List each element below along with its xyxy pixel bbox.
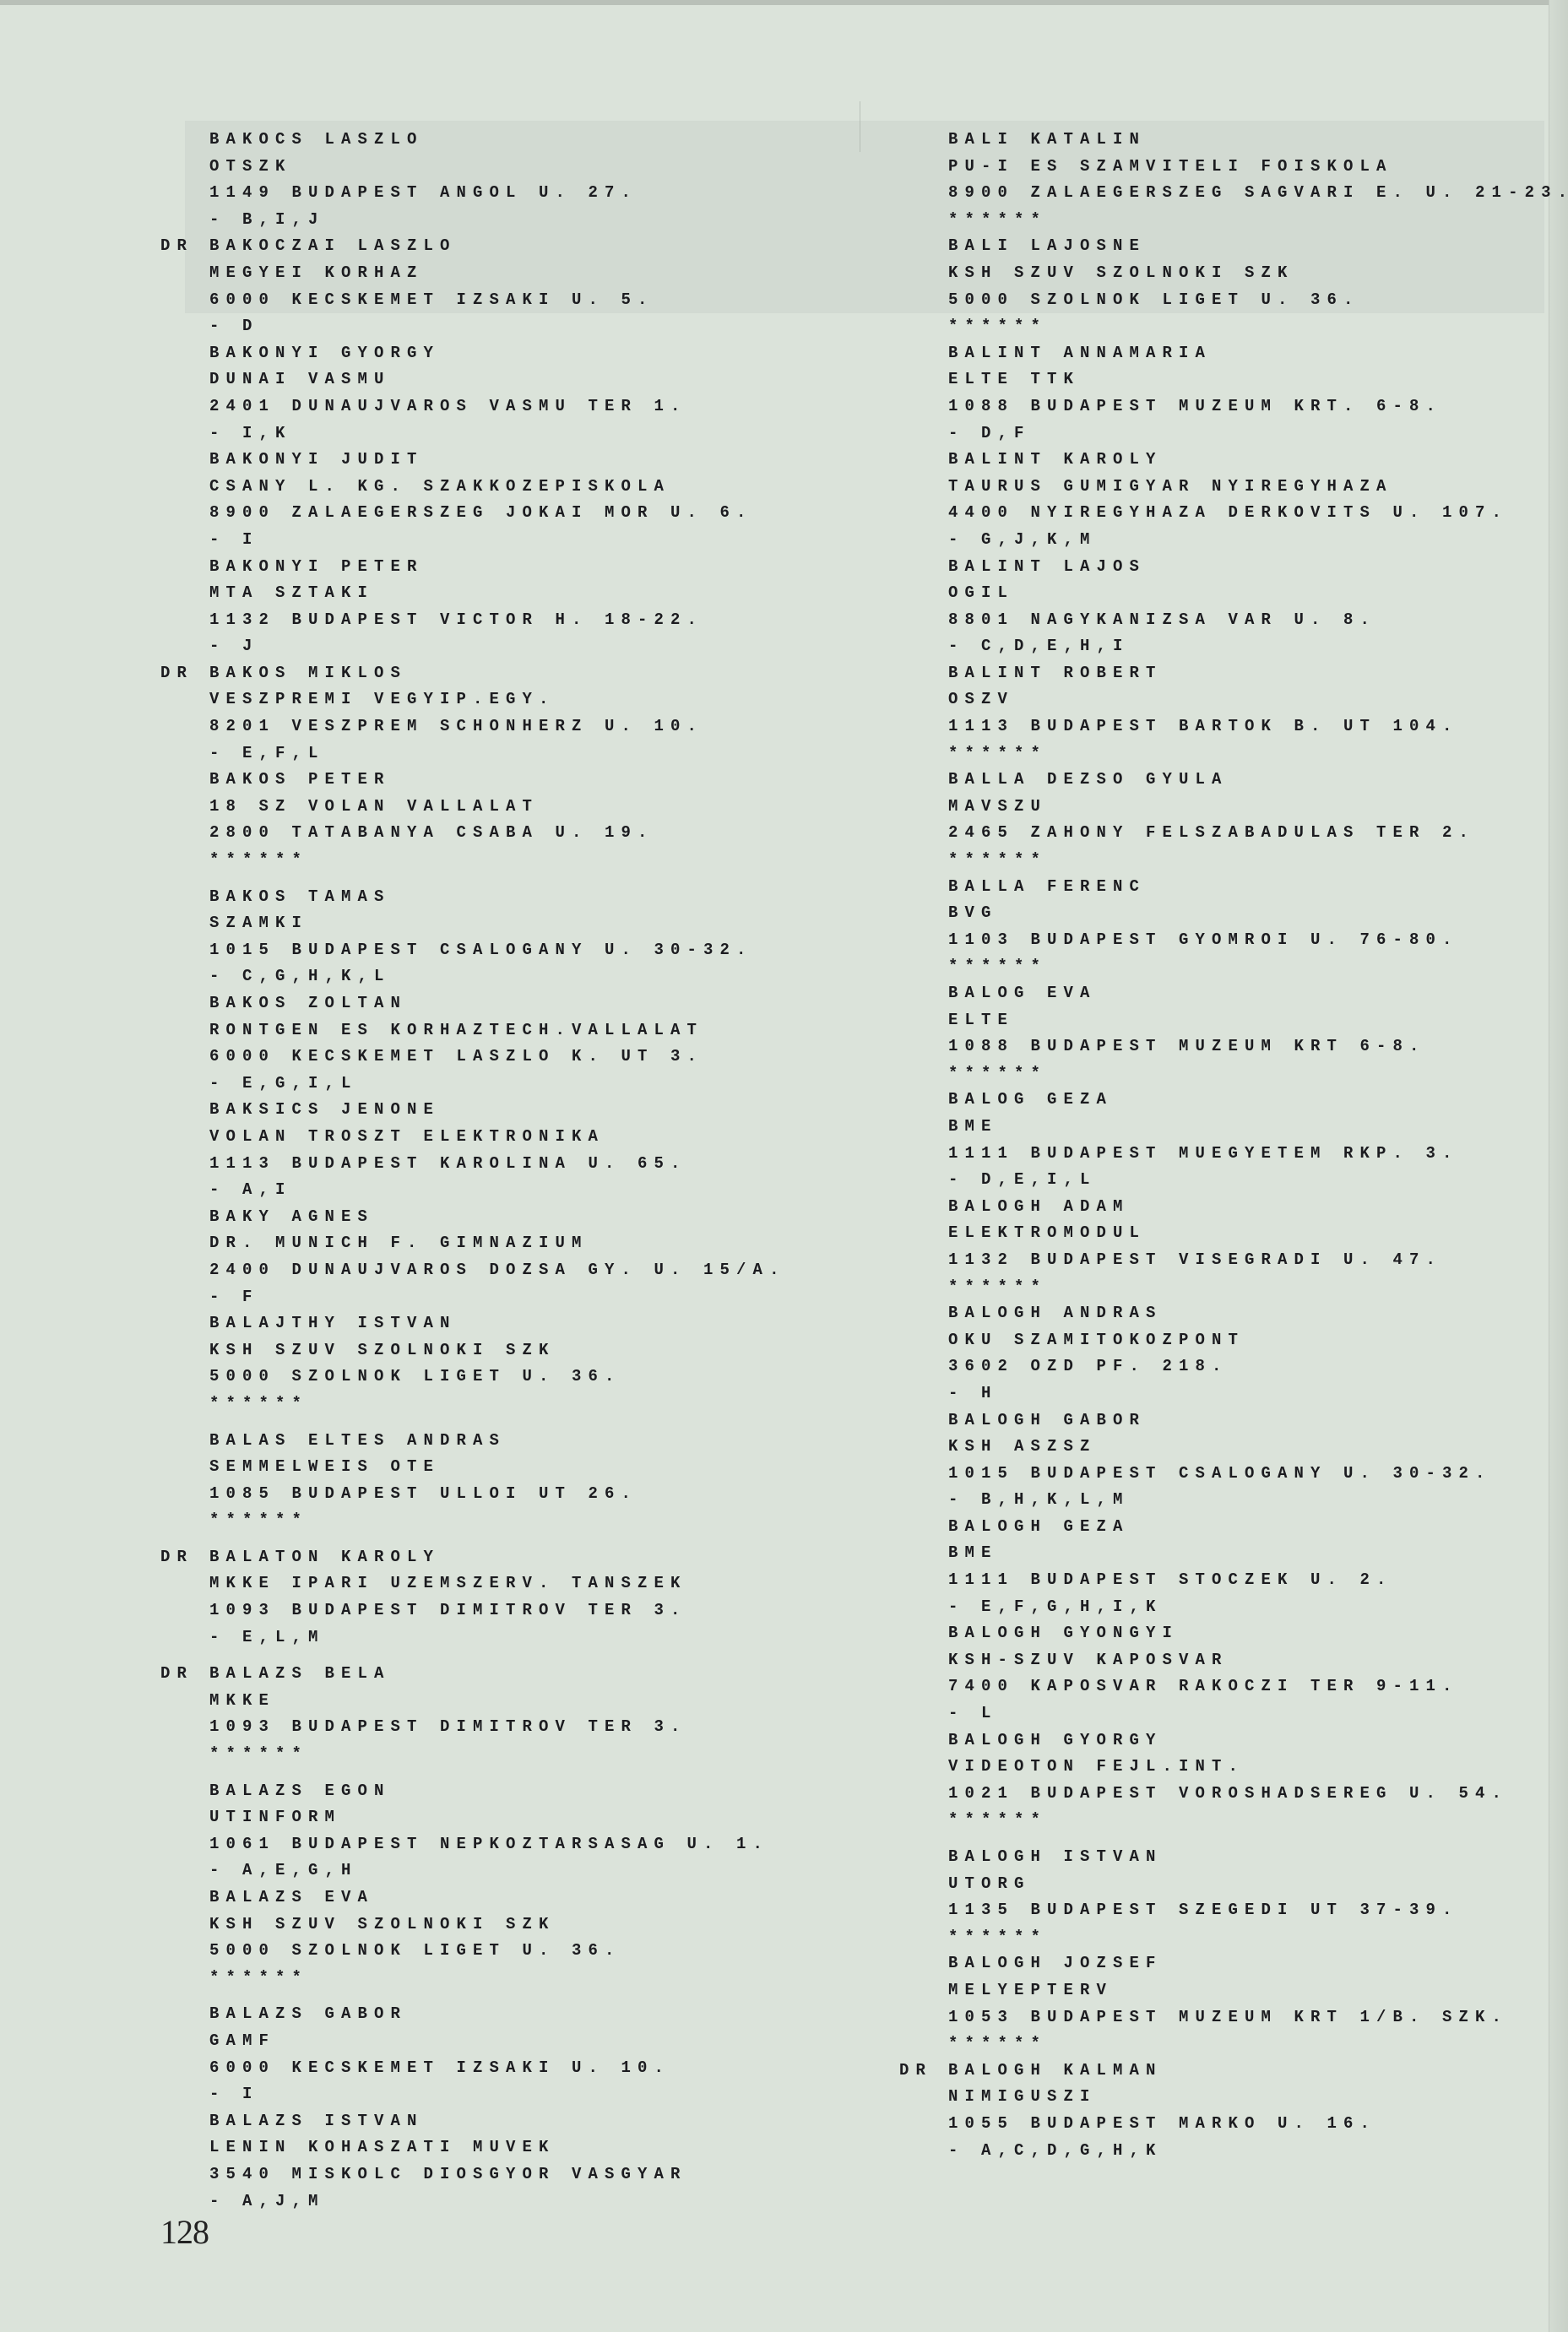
organization: UTORG — [899, 1871, 1568, 1898]
category-codes: - I,K — [160, 420, 786, 447]
entry-name-line: BAKONYI PETER — [160, 554, 786, 581]
entry-gap — [160, 1534, 786, 1544]
person-name: BALOGH GYORGY — [948, 1731, 1163, 1749]
person-name: BALLA DEZSO GYULA — [948, 770, 1229, 789]
entry-name-line: DRBAKOCZAI LASZLO — [160, 233, 786, 260]
entry-name-line: BAKONYI GYORGY — [160, 340, 786, 367]
person-name: BAKONYI JUDIT — [209, 450, 424, 469]
entry-name-line: DRBALATON KAROLY — [160, 1544, 786, 1571]
entry-name-line: BALAZS EVA — [160, 1885, 786, 1912]
entry-name-line: BALOGH GYORGY — [899, 1727, 1568, 1754]
directory-entry: BALOG GEZABME1111 BUDAPEST MUEGYETEM RKP… — [899, 1087, 1568, 1193]
person-name: BALINT KAROLY — [948, 450, 1163, 469]
directory-entry: BALI KATALINPU-I ES SZAMVITELI FOISKOLA8… — [899, 127, 1568, 233]
category-codes: - A,I — [160, 1177, 786, 1204]
address: 1113 BUDAPEST KAROLINA U. 65. — [160, 1151, 786, 1178]
organization: VIDEOTON FEJL.INT. — [899, 1754, 1568, 1781]
organization: MKKE IPARI UZEMSZERV. TANSZEK — [160, 1570, 786, 1597]
title-prefix: DR — [160, 1661, 209, 1688]
address: 1088 BUDAPEST MUZEUM KRT 6-8. — [899, 1033, 1568, 1060]
entry-name-line: BALOG EVA — [899, 980, 1568, 1007]
organization: KSH SZUV SZOLNOKI SZK — [160, 1337, 786, 1364]
person-name: BALOGH GABOR — [948, 1411, 1146, 1429]
address: 6000 KECSKEMET IZSAKI U. 10. — [160, 2055, 786, 2082]
directory-entry: BALLA FERENCBVG1103 BUDAPEST GYOMROI U. … — [899, 874, 1568, 980]
entry-name-line: BALOGH ANDRAS — [899, 1300, 1568, 1327]
entry-gap — [160, 1418, 786, 1428]
organization: OGIL — [899, 580, 1568, 607]
entry-name-line: BALLA DEZSO GYULA — [899, 767, 1568, 794]
address: 2401 DUNAUJVAROS VASMU TER 1. — [160, 393, 786, 420]
address: 1088 BUDAPEST MUZEUM KRT. 6-8. — [899, 393, 1568, 420]
category-codes: ****** — [899, 953, 1568, 980]
directory-entry: BALINT ROBERTOSZV1113 BUDAPEST BARTOK B.… — [899, 660, 1568, 767]
organization: KSH-SZUV KAPOSVAR — [899, 1647, 1568, 1674]
address: 3602 OZD PF. 218. — [899, 1353, 1568, 1380]
entry-name-line: BALINT ROBERT — [899, 660, 1568, 687]
organization: OKU SZAMITOKOZPONT — [899, 1327, 1568, 1354]
category-codes: ****** — [160, 1391, 786, 1418]
title-prefix: DR — [160, 233, 209, 260]
entry-name-line: BAKSICS JENONE — [160, 1097, 786, 1124]
entry-name-line: BALI LAJOSNE — [899, 233, 1568, 260]
organization: 18 SZ VOLAN VALLALAT — [160, 794, 786, 821]
person-name: BAKY AGNES — [209, 1207, 374, 1226]
entry-name-line: BAKY AGNES — [160, 1204, 786, 1231]
person-name: BAKOS ZOLTAN — [209, 994, 407, 1012]
address: 1111 BUDAPEST MUEGYETEM RKP. 3. — [899, 1141, 1568, 1168]
person-name: BALAZS EVA — [209, 1888, 374, 1906]
organization: NIMIGUSZI — [899, 2084, 1568, 2111]
directory-entry: BAKOS TAMASSZAMKI1015 BUDAPEST CSALOGANY… — [160, 884, 786, 990]
title-prefix: DR — [160, 660, 209, 687]
category-codes: - H — [899, 1380, 1568, 1407]
entry-gap — [160, 874, 786, 884]
title-prefix: DR — [160, 1544, 209, 1571]
organization: VOLAN TROSZT ELEKTRONIKA — [160, 1124, 786, 1151]
directory-entry: BAKY AGNESDR. MUNICH F. GIMNAZIUM2400 DU… — [160, 1204, 786, 1310]
person-name: BALAZS GABOR — [209, 2004, 407, 2023]
directory-entry: BALOGH GYONGYIKSH-SZUV KAPOSVAR7400 KAPO… — [899, 1620, 1568, 1727]
person-name: BALI LAJOSNE — [948, 236, 1146, 255]
person-name: BALOGH GYONGYI — [948, 1624, 1179, 1642]
category-codes: - I — [160, 2081, 786, 2108]
category-codes: ****** — [899, 1807, 1568, 1834]
directory-entry: BALAZS GABORGAMF6000 KECSKEMET IZSAKI U.… — [160, 2001, 786, 2107]
entry-name-line: BALOGH ADAM — [899, 1194, 1568, 1221]
organization: DR. MUNICH F. GIMNAZIUM — [160, 1230, 786, 1257]
category-codes: - E,F,L — [160, 740, 786, 767]
directory-entry: BALAZS ISTVANLENIN KOHASZATI MUVEK3540 M… — [160, 2108, 786, 2215]
entry-gap — [160, 1768, 786, 1778]
address: 1021 BUDAPEST VOROSHADSEREG U. 54. — [899, 1781, 1568, 1808]
category-codes: ****** — [899, 1924, 1568, 1951]
entry-name-line: BALINT LAJOS — [899, 554, 1568, 581]
directory-entry: BAKOS ZOLTANRONTGEN ES KORHAZTECH.VALLAL… — [160, 990, 786, 1097]
organization: OSZV — [899, 686, 1568, 713]
directory-entry: BALOGH JOZSEFMELYEPTERV1053 BUDAPEST MUZ… — [899, 1950, 1568, 2057]
category-codes: - E,G,I,L — [160, 1071, 786, 1098]
category-codes: ****** — [160, 1965, 786, 1992]
entry-name-line: BALOGH JOZSEF — [899, 1950, 1568, 1977]
organization: ELTE TTK — [899, 366, 1568, 393]
entry-name-line: BALOGH GYONGYI — [899, 1620, 1568, 1647]
organization: MKKE — [160, 1688, 786, 1715]
organization: KSH SZUV SZOLNOKI SZK — [899, 260, 1568, 287]
category-codes: - G,J,K,M — [899, 527, 1568, 554]
directory-entry: BALINT ANNAMARIAELTE TTK1088 BUDAPEST MU… — [899, 340, 1568, 447]
address: 1053 BUDAPEST MUZEUM KRT 1/B. SZK. — [899, 2004, 1568, 2031]
person-name: BALINT LAJOS — [948, 557, 1146, 576]
address: 6000 KECSKEMET LASZLO K. UT 3. — [160, 1044, 786, 1071]
person-name: BALAZS ISTVAN — [209, 2112, 424, 2130]
category-codes: - A,J,M — [160, 2188, 786, 2215]
address: 7400 KAPOSVAR RAKOCZI TER 9-11. — [899, 1673, 1568, 1700]
organization: GAMF — [160, 2028, 786, 2055]
person-name: BALOGH GEZA — [948, 1517, 1130, 1536]
entry-name-line: BALOG GEZA — [899, 1087, 1568, 1114]
entry-name-line: BALINT ANNAMARIA — [899, 340, 1568, 367]
title-prefix: DR — [899, 2058, 948, 2085]
category-codes: - I — [160, 527, 786, 554]
person-name: BAKONYI PETER — [209, 557, 424, 576]
address: 5000 SZOLNOK LIGET U. 36. — [160, 1364, 786, 1391]
address: 5000 SZOLNOK LIGET U. 36. — [899, 287, 1568, 314]
directory-entry: BALAZS EGONUTINFORM1061 BUDAPEST NEPKOZT… — [160, 1778, 786, 1885]
page-number: 128 — [160, 2212, 209, 2252]
directory-entry: DRBALAZS BELAMKKE1093 BUDAPEST DIMITROV … — [160, 1661, 786, 1777]
organization: SZAMKI — [160, 910, 786, 937]
organization: KSH SZUV SZOLNOKI SZK — [160, 1912, 786, 1939]
person-name: BALOGH ANDRAS — [948, 1304, 1163, 1322]
address: 3540 MISKOLC DIOSGYOR VASGYAR — [160, 2161, 786, 2188]
category-codes: - B,H,K,L,M — [899, 1487, 1568, 1514]
organization: ELEKTROMODUL — [899, 1220, 1568, 1247]
address: 2800 TATABANYA CSABA U. 19. — [160, 820, 786, 847]
entry-name-line: BALINT KAROLY — [899, 447, 1568, 474]
organization: RONTGEN ES KORHAZTECH.VALLALAT — [160, 1017, 786, 1044]
directory-entry: BALAS ELTES ANDRASSEMMELWEIS OTE1085 BUD… — [160, 1428, 786, 1544]
category-codes: - B,I,J — [160, 207, 786, 234]
person-name: BAKSICS JENONE — [209, 1100, 440, 1119]
address: 1111 BUDAPEST STOCZEK U. 2. — [899, 1567, 1568, 1594]
person-name: BALAJTHY ISTVAN — [209, 1314, 457, 1332]
address: 8900 ZALAEGERSZEG SAGVARI E. U. 21-23. — [899, 180, 1568, 207]
address: 1132 BUDAPEST VISEGRADI U. 47. — [899, 1247, 1568, 1274]
entry-gap — [160, 1651, 786, 1661]
entry-gap — [160, 1991, 786, 2001]
address: 8801 NAGYKANIZSA VAR U. 8. — [899, 607, 1568, 634]
person-name: BAKOS MIKLOS — [209, 664, 407, 682]
entry-name-line: BALI KATALIN — [899, 127, 1568, 154]
category-codes: - C,D,E,H,I — [899, 633, 1568, 660]
organization: BVG — [899, 900, 1568, 927]
category-codes: - E,L,M — [160, 1624, 786, 1651]
entry-name-line: BAKOS TAMAS — [160, 884, 786, 911]
organization: SEMMELWEIS OTE — [160, 1454, 786, 1481]
directory-entry: BALAZS EVAKSH SZUV SZOLNOKI SZK5000 SZOL… — [160, 1885, 786, 2001]
entry-name-line: BALLA FERENC — [899, 874, 1568, 901]
organization: KSH ASZSZ — [899, 1434, 1568, 1461]
category-codes: ****** — [899, 207, 1568, 234]
address: 1085 BUDAPEST ULLOI UT 26. — [160, 1481, 786, 1508]
entry-name-line: BALOGH GEZA — [899, 1514, 1568, 1541]
person-name: BALOGH KALMAN — [948, 2061, 1163, 2080]
directory-entry: BAKONYI GYORGYDUNAI VASMU2401 DUNAUJVARO… — [160, 340, 786, 447]
category-codes: - D,F — [899, 420, 1568, 447]
category-codes: - C,G,H,K,L — [160, 963, 786, 990]
address: 1135 BUDAPEST SZEGEDI UT 37-39. — [899, 1897, 1568, 1924]
person-name: BALI KATALIN — [948, 130, 1146, 149]
entry-name-line: BAKOS PETER — [160, 767, 786, 794]
person-name: BALOG GEZA — [948, 1090, 1113, 1109]
entry-name-line: BALAZS ISTVAN — [160, 2108, 786, 2135]
entry-name-line: BAKOCS LASZLO — [160, 127, 786, 154]
person-name: BALAZS EGON — [209, 1782, 391, 1800]
person-name: BAKOCS LASZLO — [209, 130, 424, 149]
address: 1132 BUDAPEST VICTOR H. 18-22. — [160, 607, 786, 634]
category-codes: ****** — [899, 847, 1568, 874]
entry-name-line: DRBALAZS BELA — [160, 1661, 786, 1688]
organization: MAVSZU — [899, 794, 1568, 821]
category-codes: - D — [160, 313, 786, 340]
address: 2465 ZAHONY FELSZABADULAS TER 2. — [899, 820, 1568, 847]
entry-name-line: BAKOS ZOLTAN — [160, 990, 786, 1017]
directory-entry: BALOGH ADAMELEKTROMODUL1132 BUDAPEST VIS… — [899, 1194, 1568, 1300]
address: 1055 BUDAPEST MARKO U. 16. — [899, 2111, 1568, 2138]
organization: LENIN KOHASZATI MUVEK — [160, 2134, 786, 2161]
address: 5000 SZOLNOK LIGET U. 36. — [160, 1938, 786, 1965]
directory-column-left: BAKOCS LASZLOOTSZK1149 BUDAPEST ANGOL U.… — [160, 127, 786, 2215]
organization: PU-I ES SZAMVITELI FOISKOLA — [899, 154, 1568, 181]
person-name: BALOG EVA — [948, 984, 1097, 1002]
person-name: BAKOS PETER — [209, 770, 391, 789]
organization: VESZPREMI VEGYIP.EGY. — [160, 686, 786, 713]
address: 1103 BUDAPEST GYOMROI U. 76-80. — [899, 927, 1568, 954]
address: 1113 BUDAPEST BARTOK B. UT 104. — [899, 713, 1568, 740]
organization: ELTE — [899, 1007, 1568, 1034]
organization: OTSZK — [160, 154, 786, 181]
category-codes: ****** — [899, 1274, 1568, 1301]
directory-entry: DRBALOGH KALMANNIMIGUSZI1055 BUDAPEST MA… — [899, 2058, 1568, 2164]
person-name: BALAZS BELA — [209, 1664, 391, 1683]
person-name: BALOGH JOZSEF — [948, 1954, 1163, 1972]
directory-entry: BAKONYI JUDITCSANY L. KG. SZAKKOZEPISKOL… — [160, 447, 786, 553]
directory-entry: BALOG EVAELTE1088 BUDAPEST MUZEUM KRT 6-… — [899, 980, 1568, 1087]
category-codes: - F — [160, 1284, 786, 1311]
entry-name-line: BALAS ELTES ANDRAS — [160, 1428, 786, 1455]
category-codes: - L — [899, 1700, 1568, 1727]
address: 1015 BUDAPEST CSALOGANY U. 30-32. — [160, 937, 786, 964]
person-name: BAKOCZAI LASZLO — [209, 236, 457, 255]
entry-name-line: BAKONYI JUDIT — [160, 447, 786, 474]
category-codes: ****** — [160, 1741, 786, 1768]
address: 2400 DUNAUJVAROS DOZSA GY. U. 15/A. — [160, 1257, 786, 1284]
directory-entry: BAKOS PETER18 SZ VOLAN VALLALAT2800 TATA… — [160, 767, 786, 883]
organization: TAURUS GUMIGYAR NYIREGYHAZA — [899, 474, 1568, 501]
address: 1149 BUDAPEST ANGOL U. 27. — [160, 180, 786, 207]
category-codes: - D,E,I,L — [899, 1167, 1568, 1194]
address: 4400 NYIREGYHAZA DERKOVITS U. 107. — [899, 500, 1568, 527]
directory-entry: BALAJTHY ISTVANKSH SZUV SZOLNOKI SZK5000… — [160, 1310, 786, 1427]
organization: BME — [899, 1540, 1568, 1567]
directory-entry: BALOGH ISTVANUTORG1135 BUDAPEST SZEGEDI … — [899, 1844, 1568, 1950]
person-name: BALINT ANNAMARIA — [948, 344, 1212, 362]
person-name: BAKONYI GYORGY — [209, 344, 440, 362]
organization: CSANY L. KG. SZAKKOZEPISKOLA — [160, 474, 786, 501]
address: 8900 ZALAEGERSZEG JOKAI MOR U. 6. — [160, 500, 786, 527]
person-name: BALLA FERENC — [948, 877, 1146, 896]
entry-name-line: BALOGH GABOR — [899, 1407, 1568, 1434]
address: 1093 BUDAPEST DIMITROV TER 3. — [160, 1597, 786, 1624]
person-name: BALAS ELTES ANDRAS — [209, 1431, 506, 1450]
person-name: BAKOS TAMAS — [209, 887, 391, 906]
directory-entry: BALLA DEZSO GYULAMAVSZU2465 ZAHONY FELSZ… — [899, 767, 1568, 873]
category-codes: - J — [160, 633, 786, 660]
person-name: BALATON KAROLY — [209, 1548, 440, 1566]
directory-entry: BAKSICS JENONEVOLAN TROSZT ELEKTRONIKA11… — [160, 1097, 786, 1203]
directory-entry: BALINT LAJOSOGIL8801 NAGYKANIZSA VAR U. … — [899, 554, 1568, 660]
column-fold-mark — [860, 101, 860, 152]
directory-entry: BAKONYI PETERMTA SZTAKI1132 BUDAPEST VIC… — [160, 554, 786, 660]
category-codes: ****** — [899, 313, 1568, 340]
directory-entry: DRBAKOS MIKLOSVESZPREMI VEGYIP.EGY.8201 … — [160, 660, 786, 767]
organization: MTA SZTAKI — [160, 580, 786, 607]
entry-name-line: DRBALOGH KALMAN — [899, 2058, 1568, 2085]
entry-name-line: BALAZS EGON — [160, 1778, 786, 1805]
category-codes: ****** — [899, 740, 1568, 767]
category-codes: - A,C,D,G,H,K — [899, 2138, 1568, 2165]
directory-entry: DRBAKOCZAI LASZLOMEGYEI KORHAZ6000 KECSK… — [160, 233, 786, 339]
person-name: BALOGH ISTVAN — [948, 1847, 1163, 1866]
directory-entry: BALOGH GABORKSH ASZSZ1015 BUDAPEST CSALO… — [899, 1407, 1568, 1514]
address: 8201 VESZPREM SCHONHERZ U. 10. — [160, 713, 786, 740]
address: 1015 BUDAPEST CSALOGANY U. 30-32. — [899, 1461, 1568, 1488]
category-codes: ****** — [899, 1060, 1568, 1087]
organization: MELYEPTERV — [899, 1977, 1568, 2004]
directory-entry: BALOGH GYORGYVIDEOTON FEJL.INT.1021 BUDA… — [899, 1727, 1568, 1844]
person-name: BALINT ROBERT — [948, 664, 1163, 682]
address: 1061 BUDAPEST NEPKOZTARSASAG U. 1. — [160, 1831, 786, 1858]
category-codes: ****** — [160, 1507, 786, 1534]
page-top-edge — [0, 0, 1568, 5]
organization: BME — [899, 1114, 1568, 1141]
entry-name-line: BALOGH ISTVAN — [899, 1844, 1568, 1871]
entry-name-line: BALAJTHY ISTVAN — [160, 1310, 786, 1337]
category-codes: ****** — [160, 847, 786, 874]
category-codes: - E,F,G,H,I,K — [899, 1594, 1568, 1621]
category-codes: ****** — [899, 2031, 1568, 2058]
category-codes: - A,E,G,H — [160, 1857, 786, 1885]
entry-name-line: BALAZS GABOR — [160, 2001, 786, 2028]
entry-gap — [899, 1834, 1568, 1844]
address: 1093 BUDAPEST DIMITROV TER 3. — [160, 1714, 786, 1741]
directory-entry: BALINT KAROLYTAURUS GUMIGYAR NYIREGYHAZA… — [899, 447, 1568, 553]
person-name: BALOGH ADAM — [948, 1197, 1130, 1216]
directory-entry: BALOGH GEZABME1111 BUDAPEST STOCZEK U. 2… — [899, 1514, 1568, 1620]
entry-name-line: DRBAKOS MIKLOS — [160, 660, 786, 687]
organization: UTINFORM — [160, 1804, 786, 1831]
directory-entry: BAKOCS LASZLOOTSZK1149 BUDAPEST ANGOL U.… — [160, 127, 786, 233]
address: 6000 KECSKEMET IZSAKI U. 5. — [160, 287, 786, 314]
directory-column-right: BALI KATALINPU-I ES SZAMVITELI FOISKOLA8… — [899, 127, 1568, 2164]
organization: MEGYEI KORHAZ — [160, 260, 786, 287]
organization: DUNAI VASMU — [160, 366, 786, 393]
directory-entry: BALOGH ANDRASOKU SZAMITOKOZPONT3602 OZD … — [899, 1300, 1568, 1407]
directory-entry: DRBALATON KAROLYMKKE IPARI UZEMSZERV. TA… — [160, 1544, 786, 1661]
directory-entry: BALI LAJOSNEKSH SZUV SZOLNOKI SZK5000 SZ… — [899, 233, 1568, 339]
